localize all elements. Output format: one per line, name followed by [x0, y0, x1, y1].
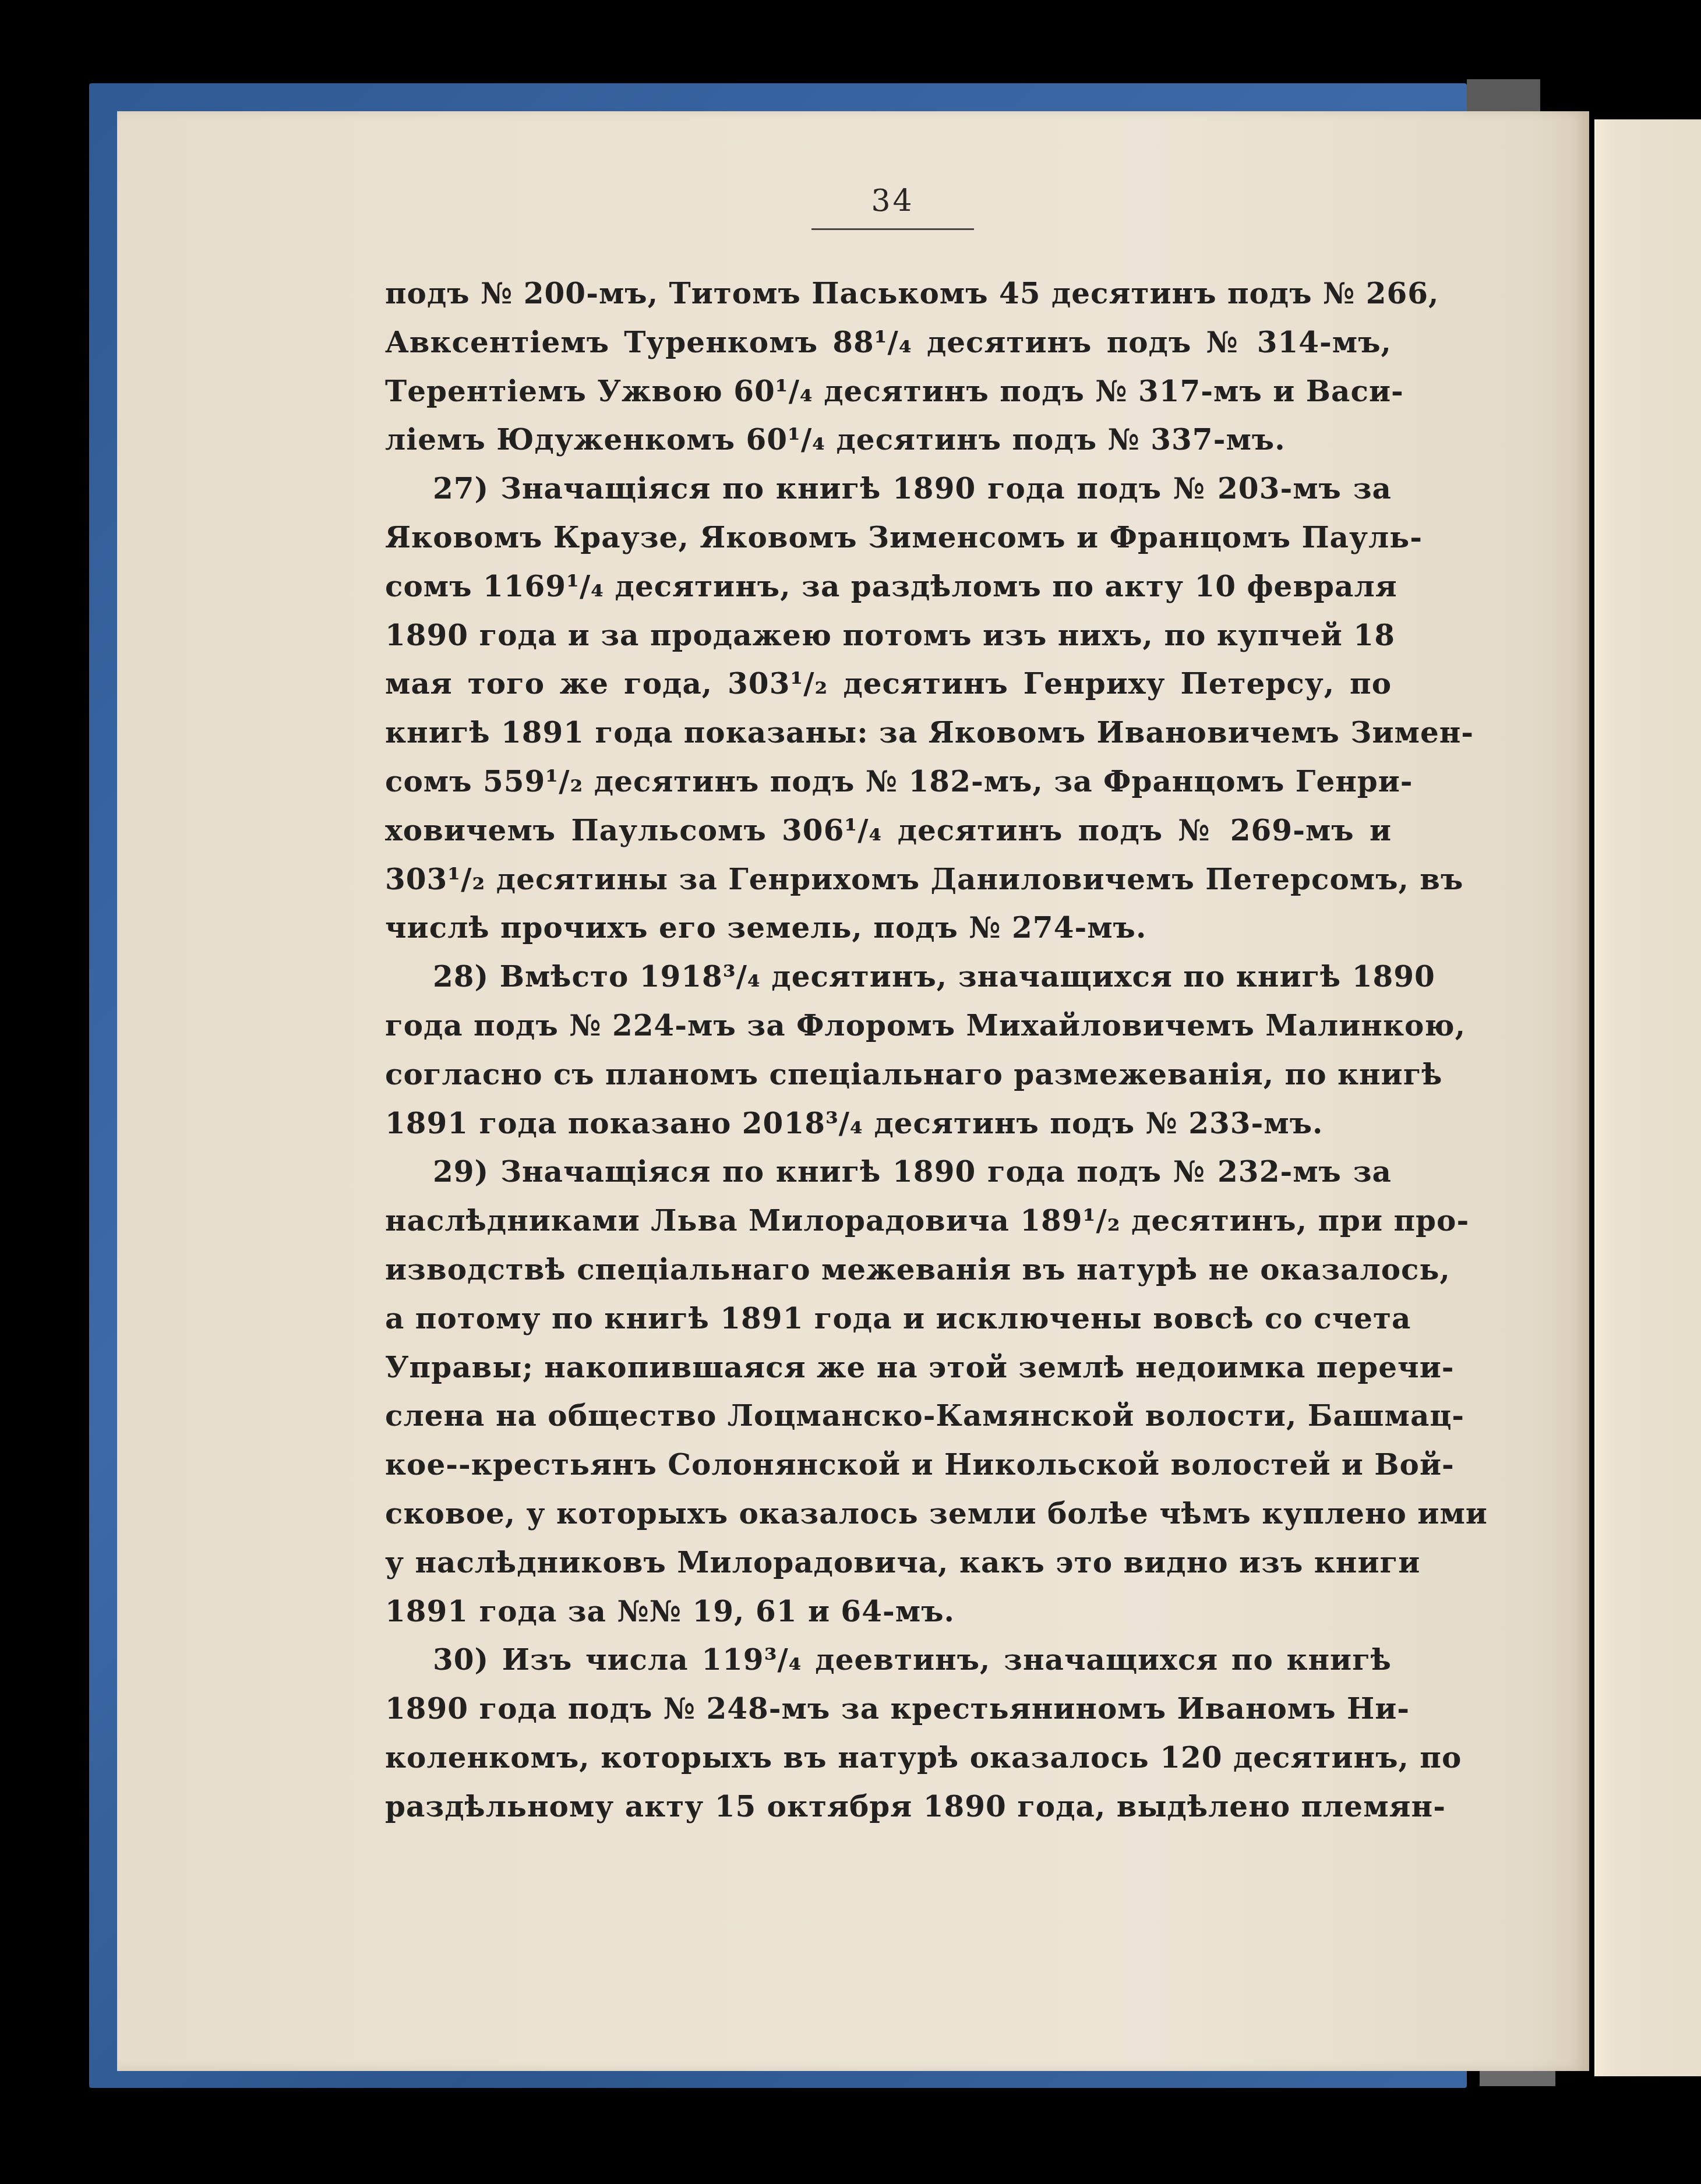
facing-page-edge [1594, 119, 1701, 2076]
text-line: 1891 года показано 2018³/₄ десятинъ подъ… [385, 1099, 1392, 1148]
text-line: сомъ 1169¹/₄ десятинъ, за раздѣломъ по а… [385, 562, 1392, 611]
text-line: 1890 года подъ № 248-мъ за крестьяниномъ… [385, 1684, 1392, 1733]
text-line: 303¹/₂ десятины за Генрихомъ Даниловичем… [385, 855, 1392, 904]
text-line: раздѣльному акту 15 октября 1890 года, в… [385, 1782, 1392, 1831]
text-line: мая того же года, 303¹/₂ десятинъ Генрих… [385, 659, 1392, 708]
text-line: ховичемъ Паульсомъ 306¹/₄ десятинъ подъ … [385, 806, 1392, 855]
text-line: Авксентіемъ Туренкомъ 88¹/₄ десятинъ под… [385, 318, 1392, 367]
text-line: Управы; накопившаяся же на этой землѣ не… [385, 1343, 1392, 1392]
text-line: изводствѣ спеціальнаго межеванія въ нату… [385, 1245, 1392, 1294]
text-line: у наслѣдниковъ Милорадовича, какъ это ви… [385, 1538, 1392, 1587]
text-line: сомъ 559¹/₂ десятинъ подъ № 182-мъ, за Ф… [385, 757, 1392, 806]
text-line: 29) Значащіяся по книгѣ 1890 года подъ №… [385, 1147, 1392, 1196]
text-line: 30) Изъ числа 119³/₄ деевтинъ, значащихс… [385, 1635, 1392, 1684]
body-text: подъ № 200-мъ, Титомъ Паськомъ 45 десяти… [385, 269, 1392, 1831]
text-line: слена на общество Лоцманско-Камянской во… [385, 1391, 1392, 1440]
text-line: 1890 года и за продажею потомъ изъ нихъ,… [385, 611, 1392, 660]
text-line: Терентіемъ Ужвою 60¹/₄ десятинъ подъ № 3… [385, 367, 1392, 416]
text-line: 28) Вмѣсто 1918³/₄ десятинъ, значащихся … [385, 952, 1392, 1001]
text-line: кое--крестьянъ Солонянской и Никольской … [385, 1440, 1392, 1489]
page-number: 34 [811, 183, 974, 218]
text-line: 27) Значащіяся по книгѣ 1890 года подъ №… [385, 464, 1392, 513]
text-line: коленкомъ, которыхъ въ натурѣ оказалось … [385, 1733, 1392, 1782]
text-line: сковое, у которыхъ оказалось земли болѣе… [385, 1489, 1392, 1538]
text-line: года подъ № 224-мъ за Флоромъ Михайлович… [385, 1001, 1392, 1050]
text-line: согласно съ планомъ спеціальнаго размеже… [385, 1050, 1392, 1099]
text-line: 1891 года за №№ 19, 61 и 64-мъ. [385, 1587, 1392, 1636]
text-line: наслѣдниками Льва Милорадовича 189¹/₂ де… [385, 1196, 1392, 1245]
page-number-rule [811, 228, 974, 230]
text-line: книгѣ 1891 года показаны: за Яковомъ Ива… [385, 708, 1392, 757]
text-line: а потому по книгѣ 1891 года и исключены … [385, 1294, 1392, 1343]
text-line: подъ № 200-мъ, Титомъ Паськомъ 45 десяти… [385, 269, 1392, 318]
text-line: Яковомъ Краузе, Яковомъ Зименсомъ и Фран… [385, 513, 1392, 562]
spine-edge-top [1467, 79, 1540, 113]
text-line: числѣ прочихъ его земель, подъ № 274-мъ. [385, 903, 1392, 952]
text-line: ліемъ Юдуженкомъ 60¹/₄ десятинъ подъ № 3… [385, 415, 1392, 464]
